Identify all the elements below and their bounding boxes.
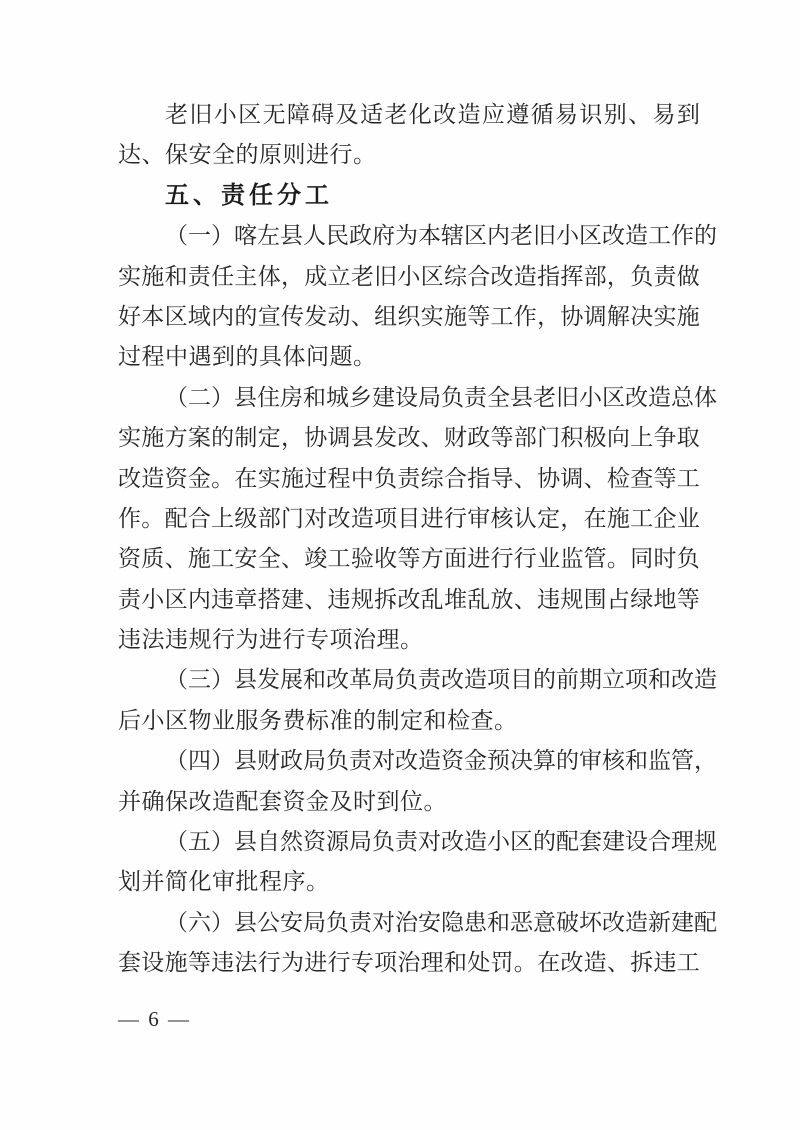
text-line: 改造资金。在实施过程中负责综合指导、协调、检查等工 — [118, 459, 700, 499]
text-line: 后小区物业服务费标准的制定和检查。 — [118, 701, 700, 741]
text-line: （二）县住房和城乡建设局负责全县老旧小区改造总体 — [118, 378, 700, 418]
text-line: （四）县财政局负责对改造资金预决算的审核和监管， — [118, 741, 700, 781]
document-body: 老旧小区无障碍及适老化改造应遵循易识别、易到达、保安全的原则进行。五、责任分工（… — [118, 95, 700, 984]
text-line: 达、保安全的原则进行。 — [118, 135, 700, 175]
text-line: 资质、施工安全、竣工验收等方面进行行业监管。同时负 — [118, 539, 700, 579]
text-line: 过程中遇到的具体问题。 — [118, 337, 700, 377]
text-line: 作。配合上级部门对改造项目进行审核认定，在施工企业 — [118, 499, 700, 539]
text-line: 责小区内违章搭建、违规拆改乱堆乱放、违规围占绿地等 — [118, 580, 700, 620]
text-line: 实施和责任主体，成立老旧小区综合改造指挥部，负责做 — [118, 257, 700, 297]
section-heading: 五、责任分工 — [118, 176, 700, 216]
text-line: （五）县自然资源局负责对改造小区的配套建设合理规 — [118, 822, 700, 862]
text-line: 违法违规行为进行专项治理。 — [118, 620, 700, 660]
page-number: — 6 — — [118, 1004, 191, 1034]
text-line: 好本区域内的宣传发动、组织实施等工作，协调解决实施 — [118, 297, 700, 337]
text-line: （六）县公安局负责对治安隐患和恶意破坏改造新建配 — [118, 903, 700, 943]
text-line: 实施方案的制定，协调县发改、财政等部门积极向上争取 — [118, 418, 700, 458]
text-line: （三）县发展和改革局负责改造项目的前期立项和改造 — [118, 660, 700, 700]
text-line: （一）喀左县人民政府为本辖区内老旧小区改造工作的 — [118, 216, 700, 256]
document-page: 老旧小区无障碍及适老化改造应遵循易识别、易到达、保安全的原则进行。五、责任分工（… — [0, 0, 800, 1130]
text-line: 并确保改造配套资金及时到位。 — [118, 782, 700, 822]
text-line: 划并简化审批程序。 — [118, 862, 700, 902]
text-line: 套设施等违法行为进行专项治理和处罚。在改造、拆违工 — [118, 943, 700, 983]
text-line: 老旧小区无障碍及适老化改造应遵循易识别、易到 — [118, 95, 700, 135]
